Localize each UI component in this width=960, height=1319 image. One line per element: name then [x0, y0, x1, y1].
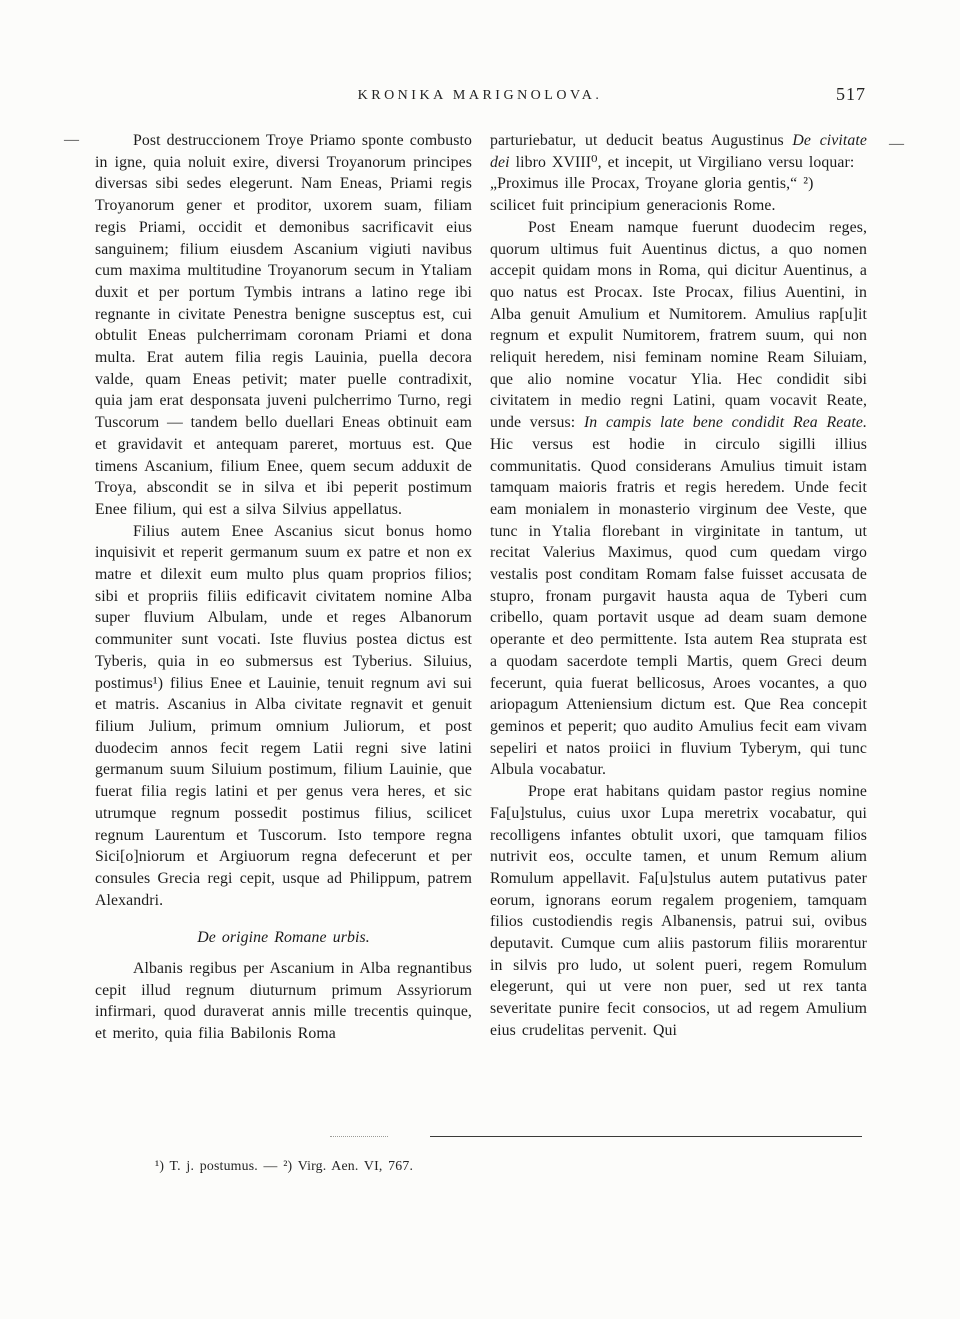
text-run: Hic versus est hodie in circulo sigilli …	[490, 436, 867, 779]
paragraph: Albanis regibus per Ascanium in Alba reg…	[95, 958, 472, 1045]
italic-run: In campis late bene condidit Rea Reate.	[584, 414, 867, 431]
text-run: Post destruccionem Troye Priamo sponte c…	[95, 132, 472, 518]
footnote-rule	[430, 1136, 862, 1137]
text-run: De origine Romane urbis.	[197, 929, 370, 946]
margin-mark-right: —	[889, 136, 904, 153]
paragraph: Prope erat habitans quidam pastor regius…	[490, 781, 867, 1041]
text-run: Post Eneam namque fuerunt duodecim reges…	[490, 219, 867, 431]
margin-mark-left: —	[64, 132, 79, 149]
running-title: KRONIKA MARIGNOLOVA.	[0, 88, 960, 104]
paragraph: Post Eneam namque fuerunt duodecim reges…	[490, 217, 867, 781]
text-run: „Proximus ille Procax, Troyane gloria ge…	[490, 175, 814, 192]
book-page: KRONIKA MARIGNOLOVA. 517 — — Post destru…	[0, 0, 960, 1319]
text-run: libro XVIII⁰, et incepit, ut Virgiliano …	[510, 154, 855, 171]
paragraph: parturiebatur, ut deducit beatus Augusti…	[490, 130, 867, 173]
text-run: scilicet fuit principium generacionis Ro…	[490, 197, 776, 214]
page-number: 517	[836, 84, 866, 105]
verse-line: „Proximus ille Procax, Troyane gloria ge…	[490, 173, 867, 195]
paragraph: Filius autem Enee Ascanius sicut bonus h…	[95, 521, 472, 912]
text-run: Prope erat habitans quidam pastor regius…	[490, 783, 867, 1039]
text-run: Albanis regibus per Ascanium in Alba reg…	[95, 960, 472, 1042]
text-columns: Post destruccionem Troye Priamo sponte c…	[95, 130, 867, 1045]
text-run: Filius autem Enee Ascanius sicut bonus h…	[95, 523, 472, 909]
section-heading: De origine Romane urbis.	[95, 927, 472, 949]
footnote-rule-dotted	[330, 1136, 388, 1137]
right-column: parturiebatur, ut deducit beatus Augusti…	[490, 130, 867, 1045]
footnote: ¹) T. j. postumus. — ²) Virg. Aen. VI, 7…	[155, 1158, 413, 1174]
text-run: parturiebatur, ut deducit beatus Augusti…	[490, 132, 792, 149]
paragraph: Post destruccionem Troye Priamo sponte c…	[95, 130, 472, 521]
left-column: Post destruccionem Troye Priamo sponte c…	[95, 130, 472, 1045]
paragraph: scilicet fuit principium generacionis Ro…	[490, 195, 867, 217]
